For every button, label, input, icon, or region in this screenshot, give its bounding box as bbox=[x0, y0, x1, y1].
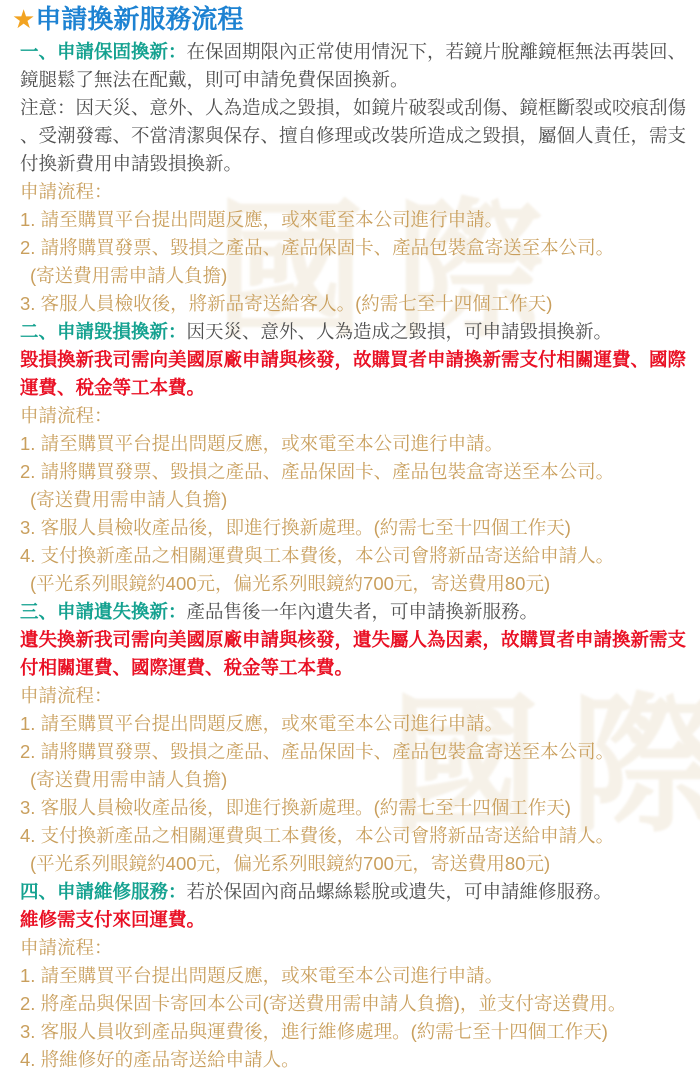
section-3: 三、申請遺失換新：產品售後一年內遺失者，可申請換新服務。遺失換新我司需向美國原廠… bbox=[0, 598, 700, 878]
section-heading-label: 三、申請遺失換新： bbox=[20, 601, 187, 622]
section-heading-label: 四、申請維修服務： bbox=[20, 881, 187, 902]
star-icon: ★ bbox=[12, 4, 35, 34]
section-heading: 一、申請保固換新：在保固期限內正常使用情況下，若鏡片脫離鏡框無法再裝回、 bbox=[0, 38, 700, 66]
step-item: 1. 請至購買平台提出問題反應，或來電至本公司進行申請。 bbox=[0, 206, 700, 234]
warning-line: 毀損換新我司需向美國原廠申請與核發，故購買者申請換新需支付相關運費、國際 bbox=[0, 346, 700, 374]
section-heading-label: 一、申請保固換新： bbox=[20, 41, 187, 62]
section-4: 四、申請維修服務：若於保固內商品螺絲鬆脫或遺失，可申請維修服務。維修需支付來回運… bbox=[0, 878, 700, 1074]
step-item: 3. 客服人員檢收產品後，即進行換新處理。(約需七至十四個工作天) bbox=[0, 514, 700, 542]
step-item: 2. 請將購買發票、毀損之產品、產品保固卡、產品包裝盒寄送至本公司。 bbox=[0, 738, 700, 766]
step-item: 1. 請至購買平台提出問題反應，或來電至本公司進行申請。 bbox=[0, 962, 700, 990]
step-item: 4. 將維修好的產品寄送給申請人。 bbox=[0, 1046, 700, 1074]
flow-label: 申請流程： bbox=[0, 402, 700, 430]
step-note: (寄送費用需申請人負擔) bbox=[0, 766, 700, 794]
paragraph-line: 、受潮發霉、不當清潔與保存、擅自修理或改裝所造成之毀損，屬個人責任，需支 bbox=[0, 122, 700, 150]
page-title-text: 申請換新服務流程 bbox=[35, 4, 243, 34]
warning-line: 付相關運費、國際運費、稅金等工本費。 bbox=[0, 654, 700, 682]
section-2: 二、申請毀損換新：因天災、意外、人為造成之毀損，可申請毀損換新。毀損換新我司需向… bbox=[0, 318, 700, 598]
section-heading: 二、申請毀損換新：因天災、意外、人為造成之毀損，可申請毀損換新。 bbox=[0, 318, 700, 346]
step-item: 2. 請將購買發票、毀損之產品、產品保固卡、產品包裝盒寄送至本公司。 bbox=[0, 234, 700, 262]
step-note: (平光系列眼鏡約400元，偏光系列眼鏡約700元，寄送費用80元) bbox=[0, 850, 700, 878]
step-note: (寄送費用需申請人負擔) bbox=[0, 486, 700, 514]
paragraph-line: 注意：因天災、意外、人為造成之毀損，如鏡片破裂或刮傷、鏡框斷裂或咬痕刮傷 bbox=[0, 94, 700, 122]
warning-line: 運費、稅金等工本費。 bbox=[0, 374, 700, 402]
warning-line: 維修需支付來回運費。 bbox=[0, 906, 700, 934]
step-item: 1. 請至購買平台提出問題反應，或來電至本公司進行申請。 bbox=[0, 430, 700, 458]
step-item: 3. 客服人員檢收產品後，即進行換新處理。(約需七至十四個工作天) bbox=[0, 794, 700, 822]
sections-container: 一、申請保固換新：在保固期限內正常使用情況下，若鏡片脫離鏡框無法再裝回、鏡腿鬆了… bbox=[0, 38, 700, 1074]
section-heading-text: 在保固期限內正常使用情況下，若鏡片脫離鏡框無法再裝回、 bbox=[187, 41, 687, 62]
document-content: ★申請換新服務流程 一、申請保固換新：在保固期限內正常使用情況下，若鏡片脫離鏡框… bbox=[0, 0, 700, 1074]
flow-label: 申請流程： bbox=[0, 682, 700, 710]
service-flow-document: 國際 國際 ★申請換新服務流程 一、申請保固換新：在保固期限內正常使用情況下，若… bbox=[0, 0, 700, 1074]
step-item: 1. 請至購買平台提出問題反應，或來電至本公司進行申請。 bbox=[0, 710, 700, 738]
step-item: 4. 支付換新產品之相關運費與工本費後，本公司會將新品寄送給申請人。 bbox=[0, 822, 700, 850]
flow-label: 申請流程： bbox=[0, 178, 700, 206]
section-heading-text: 產品售後一年內遺失者，可申請換新服務。 bbox=[187, 601, 539, 622]
section-heading-text: 若於保固內商品螺絲鬆脫或遺失，可申請維修服務。 bbox=[187, 881, 613, 902]
section-heading-text: 因天災、意外、人為造成之毀損，可申請毀損換新。 bbox=[187, 321, 613, 342]
step-note: (平光系列眼鏡約400元，偏光系列眼鏡約700元，寄送費用80元) bbox=[0, 570, 700, 598]
step-item: 2. 將產品與保固卡寄回本公司(寄送費用需申請人負擔)，並支付寄送費用。 bbox=[0, 990, 700, 1018]
paragraph-line: 鏡腿鬆了無法在配戴，則可申請免費保固換新。 bbox=[0, 66, 700, 94]
paragraph-line: 付換新費用申請毀損換新。 bbox=[0, 150, 700, 178]
step-item: 4. 支付換新產品之相關運費與工本費後，本公司會將新品寄送給申請人。 bbox=[0, 542, 700, 570]
section-heading: 四、申請維修服務：若於保固內商品螺絲鬆脫或遺失，可申請維修服務。 bbox=[0, 878, 700, 906]
step-note: (寄送費用需申請人負擔) bbox=[0, 262, 700, 290]
step-item: 2. 請將購買發票、毀損之產品、產品保固卡、產品包裝盒寄送至本公司。 bbox=[0, 458, 700, 486]
step-item: 3. 客服人員檢收後，將新品寄送給客人。(約需七至十四個工作天) bbox=[0, 290, 700, 318]
section-heading: 三、申請遺失換新：產品售後一年內遺失者，可申請換新服務。 bbox=[0, 598, 700, 626]
section-heading-label: 二、申請毀損換新： bbox=[20, 321, 187, 342]
page-title: ★申請換新服務流程 bbox=[0, 0, 700, 38]
warning-line: 遺失換新我司需向美國原廠申請與核發，遺失屬人為因素，故購買者申請換新需支 bbox=[0, 626, 700, 654]
section-1: 一、申請保固換新：在保固期限內正常使用情況下，若鏡片脫離鏡框無法再裝回、鏡腿鬆了… bbox=[0, 38, 700, 318]
step-item: 3. 客服人員收到產品與運費後，進行維修處理。(約需七至十四個工作天) bbox=[0, 1018, 700, 1046]
flow-label: 申請流程： bbox=[0, 934, 700, 962]
